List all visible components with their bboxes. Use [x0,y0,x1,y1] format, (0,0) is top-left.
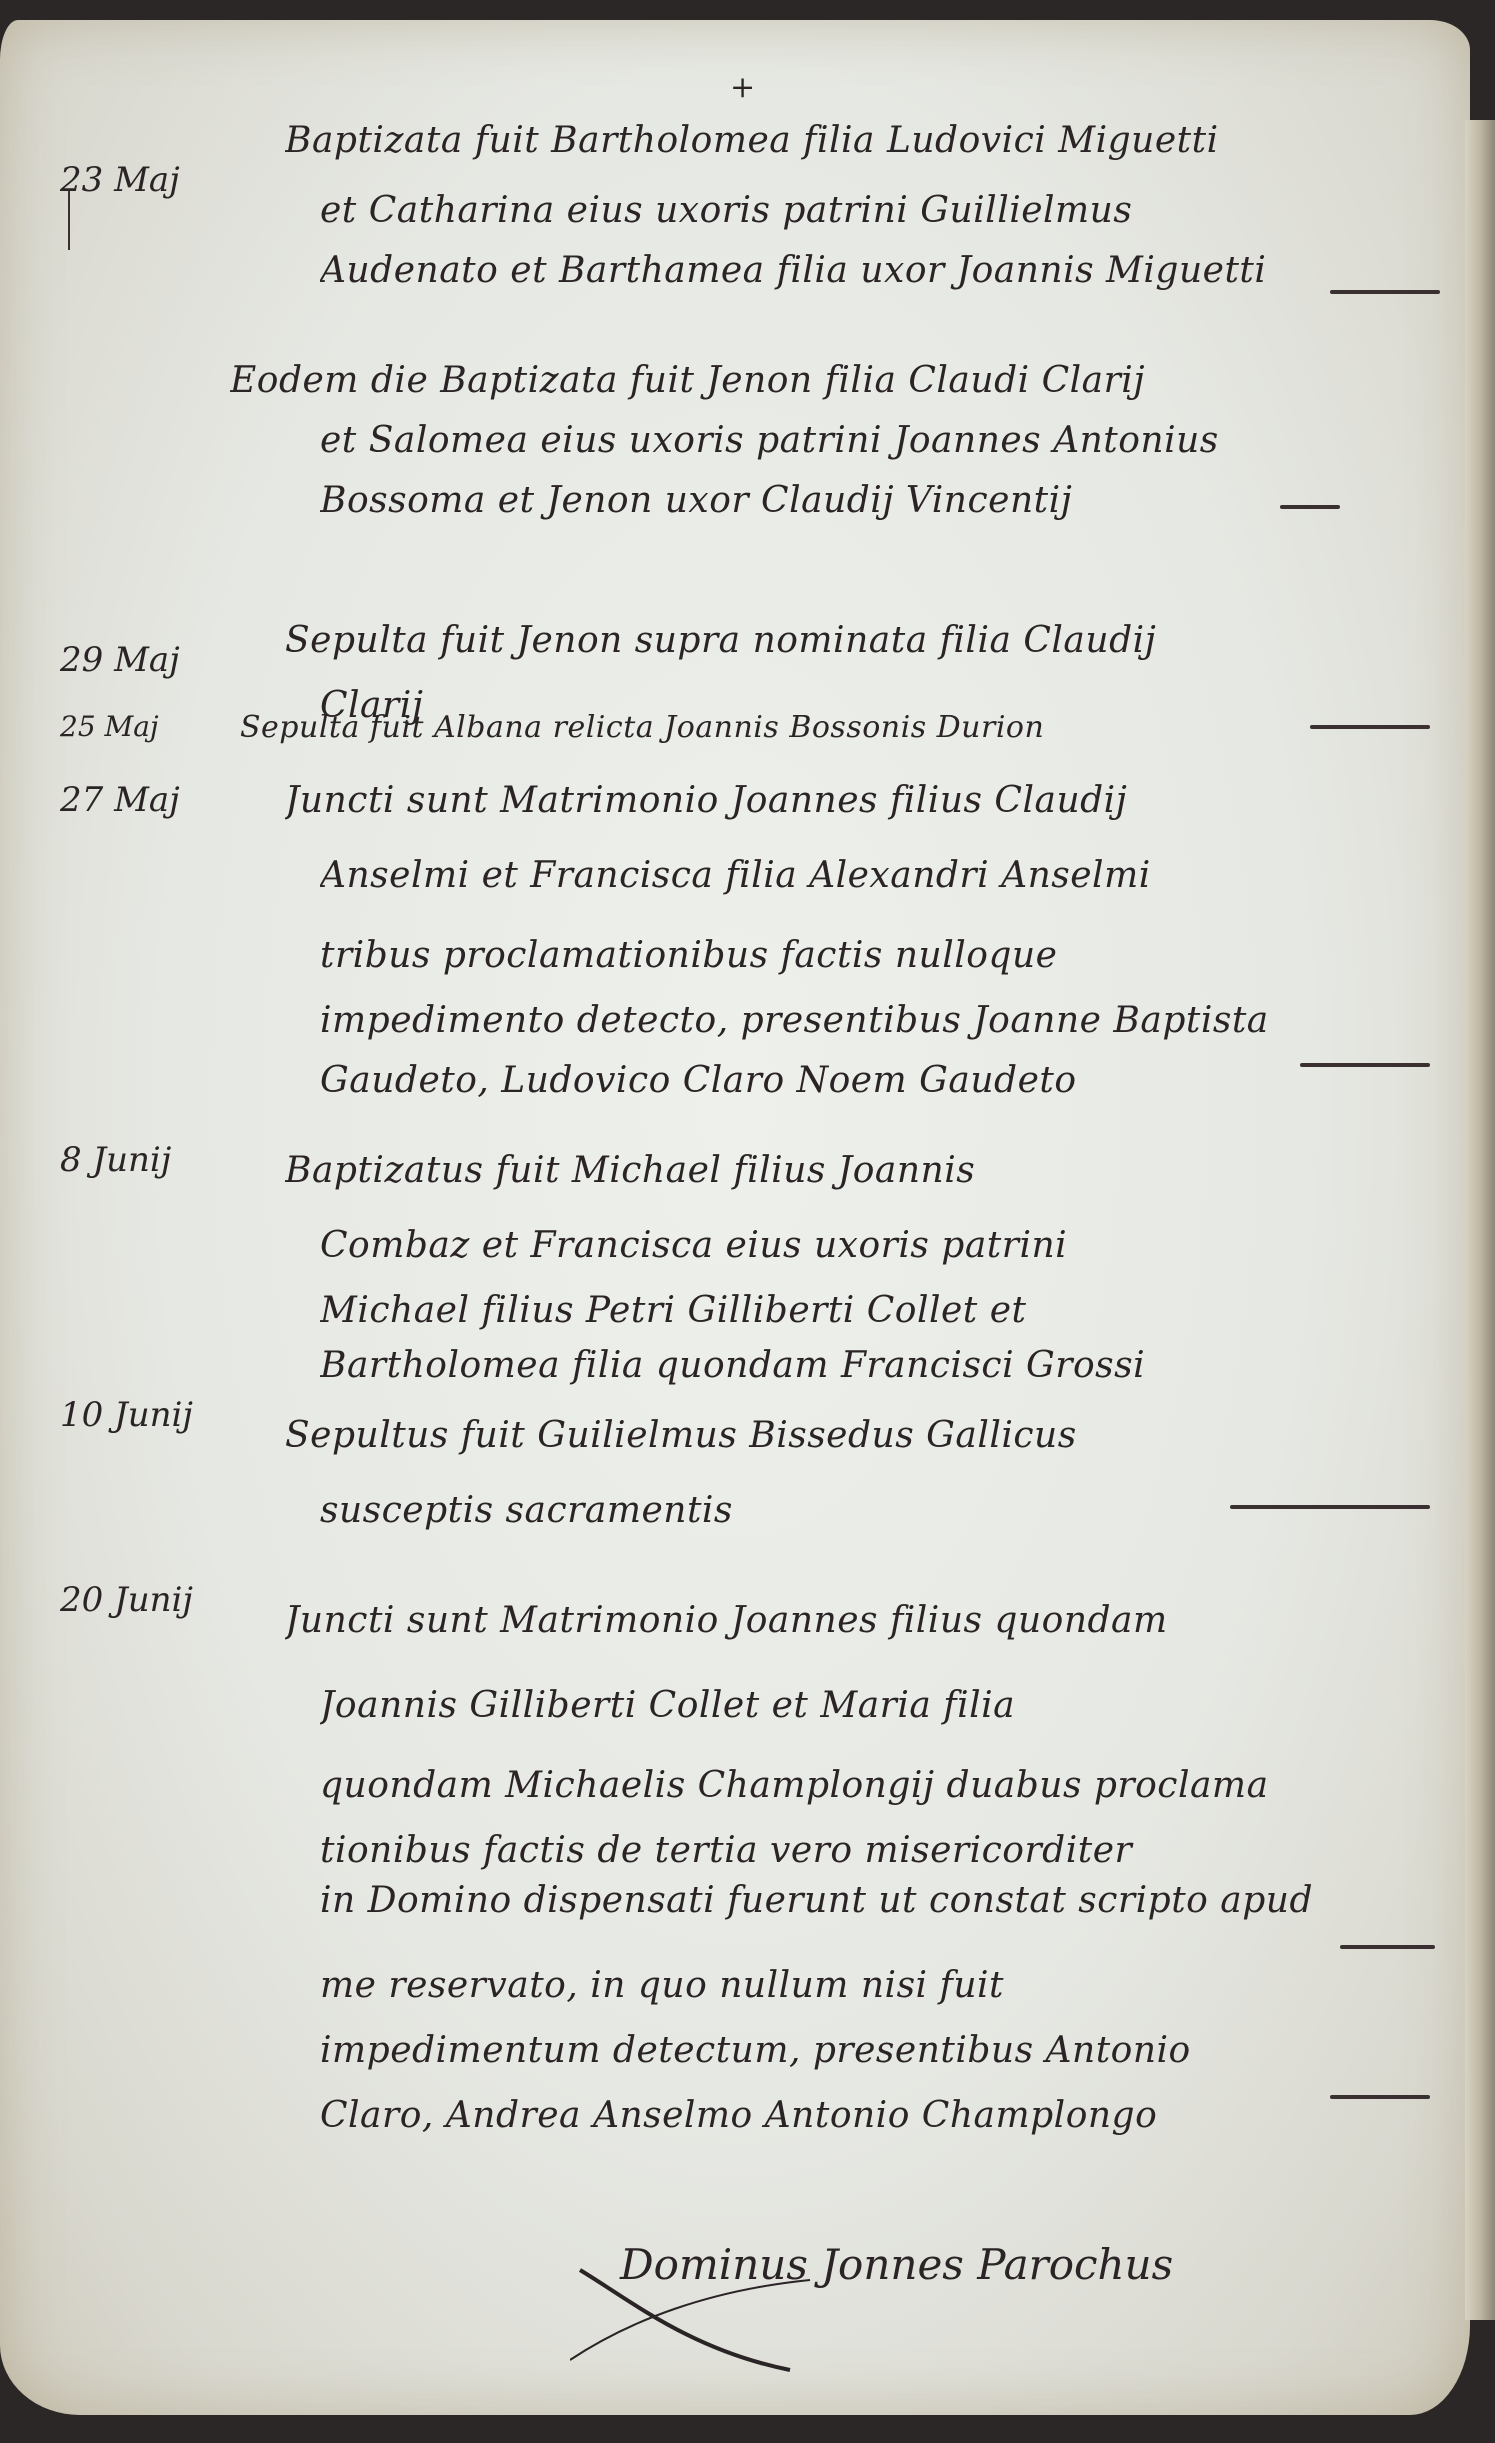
entry-line: Audenato et Barthamea filia uxor Joannis… [320,250,1450,291]
entry-line: Baptizata fuit Bartholomea filia Ludovic… [285,120,1415,161]
entry-date: 27 Maj [60,780,180,820]
entry-line: Combaz et Francisca eius uxoris patrini [320,1225,1450,1266]
entry-date: 10 Junij [60,1395,193,1435]
entry-date: 8 Junij [60,1140,171,1180]
entry-line: impedimento detecto, presentibus Joanne … [320,1000,1450,1041]
date-bracket [68,190,70,250]
priest-signature: Dominus Jonnes Parochus [620,2240,1173,2289]
entry-line: tionibus factis de tertia vero misericor… [320,1830,1450,1871]
entry-line: Gaudeto, Ludovico Claro Noem Gaudeto [320,1060,1450,1101]
entry-line: quondam Michaelis Champlongij duabus pro… [320,1765,1450,1806]
entry-date: 29 Maj [60,640,180,680]
entry-line: in Domino dispensati fuerunt ut constat … [320,1880,1450,1921]
filler-dash [1330,290,1440,294]
entry-line: Claro, Andrea Anselmo Antonio Champlongo [320,2095,1450,2136]
cross-mark: + [730,70,755,105]
entry-line: Juncti sunt Matrimonio Joannes filius Cl… [285,780,1415,821]
entry-line: impedimentum detectum, presentibus Anton… [320,2030,1450,2071]
filler-dash [1300,1063,1430,1067]
page-edge [1465,120,1495,2320]
entry-line: Juncti sunt Matrimonio Joannes filius qu… [285,1600,1415,1641]
entry-line: et Catharina eius uxoris patrini Guillie… [320,190,1450,231]
entry-line: me reservato, in quo nullum nisi fuit [320,1965,1450,2006]
entry-line: Sepulta fuit Albana relicta Joannis Boss… [240,710,1370,745]
filler-dash [1330,2095,1430,2099]
filler-dash [1230,1505,1430,1509]
entry-line: Bartholomea filia quondam Francisci Gros… [320,1345,1450,1386]
entry-line: susceptis sacramentis [320,1490,1450,1531]
entry-line: Baptizatus fuit Michael filius Joannis [285,1150,1415,1191]
entry-line: Sepulta fuit Jenon supra nominata filia … [285,620,1415,661]
filler-dash [1310,725,1430,729]
entry-line: Eodem die Baptizata fuit Jenon filia Cla… [230,360,1360,401]
entry-date: 23 Maj [60,160,180,200]
entry-date: 25 Maj [60,710,159,743]
entry-line: Joannis Gilliberti Collet et Maria filia [320,1685,1450,1726]
entry-line: Bossoma et Jenon uxor Claudij Vincentij [320,480,1450,521]
entry-line: Sepultus fuit Guilielmus Bissedus Gallic… [285,1415,1415,1456]
filler-dash [1340,1945,1435,1949]
entry-line: Anselmi et Francisca filia Alexandri Ans… [320,855,1450,896]
entry-date: 20 Junij [60,1580,193,1620]
entry-line: et Salomea eius uxoris patrini Joannes A… [320,420,1450,461]
entry-line: Michael filius Petri Gilliberti Collet e… [320,1290,1450,1331]
filler-dash [1280,505,1340,509]
entry-line: tribus proclamationibus factis nulloque [320,935,1450,976]
